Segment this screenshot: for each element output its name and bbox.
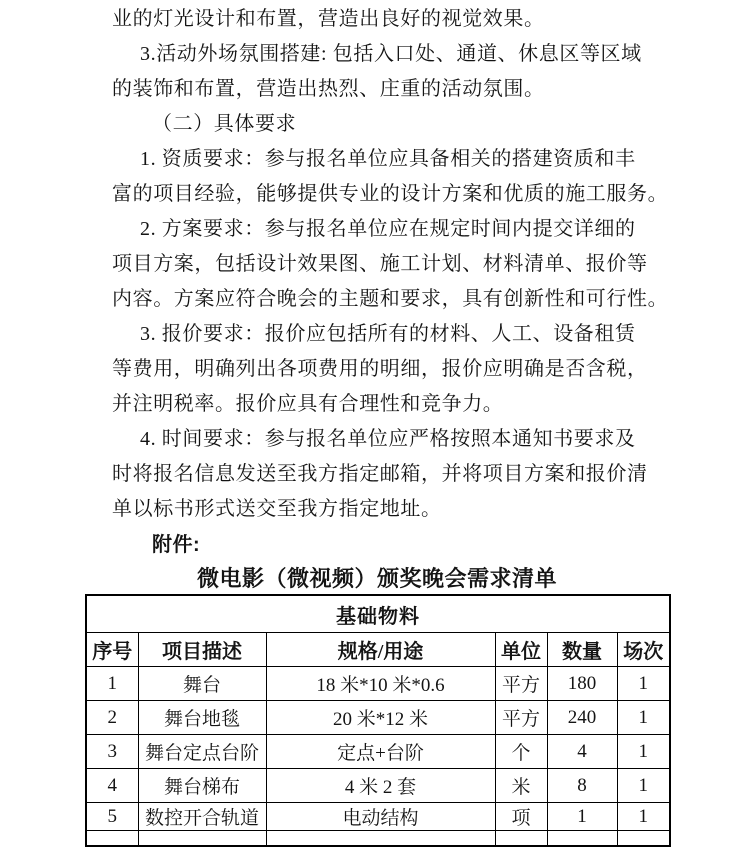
cell-qty: 1 <box>547 803 617 831</box>
column-header-item: 项目描述 <box>138 633 266 667</box>
table-title: 微电影（微视频）颁奖晚会需求清单 <box>112 564 642 596</box>
text-line: 1. 资质要求：参与报名单位应具备相关的搭建资质和丰 <box>112 142 642 177</box>
text-line: 2. 方案要求：参与报名单位应在规定时间内提交详细的 <box>112 212 642 247</box>
table-row: 1 舞台 18 米*10 米*0.6 平方 180 1 <box>86 667 670 701</box>
requirements-table: 基础物料 序号 项目描述 规格/用途 单位 数量 场次 1 舞台 18 米*10… <box>85 594 671 847</box>
cell-no: 5 <box>86 803 138 831</box>
table-row: 5 数控开合轨道 电动结构 项 1 1 <box>86 803 670 831</box>
cell-no: 3 <box>86 735 138 769</box>
cell-qty: 240 <box>547 701 617 735</box>
text-line: 富的项目经验，能够提供专业的设计方案和优质的施工服务。 <box>112 177 642 212</box>
text-line: 3.活动外场氛围搭建: 包括入口处、通道、休息区等区域 <box>112 37 642 72</box>
text-line: 的装饰和布置，营造出热烈、庄重的活动氛围。 <box>112 72 642 107</box>
cell-qty: 8 <box>547 769 617 803</box>
cell-unit: 米 <box>495 769 547 803</box>
cell-item: 数控开合轨道 <box>138 803 266 831</box>
attachment-label: 附件: <box>112 527 642 564</box>
cell-spec: 电动结构 <box>266 803 495 831</box>
cell-unit: 平方 <box>495 667 547 701</box>
cell-unit: 平方 <box>495 701 547 735</box>
cell-spec: 4 米 2 套 <box>266 769 495 803</box>
cell-spec: 20 米*12 米 <box>266 701 495 735</box>
cell-spec: 18 米*10 米*0.6 <box>266 667 495 701</box>
text-line: 并注明税率。报价应具有合理性和竞争力。 <box>112 387 642 422</box>
column-header-sessions: 场次 <box>617 633 670 667</box>
cell-sessions: 1 <box>617 803 670 831</box>
cell-sessions: 1 <box>617 701 670 735</box>
cell-sessions: 1 <box>617 735 670 769</box>
table-row: 3 舞台定点台阶 定点+台阶 个 4 1 <box>86 735 670 769</box>
table-section-header: 基础物料 <box>86 595 670 633</box>
cell-spec: 定点+台阶 <box>266 735 495 769</box>
text-line: 内容。方案应符合晚会的主题和要求，具有创新性和可行性。 <box>112 282 642 317</box>
cell-qty: 180 <box>547 667 617 701</box>
column-header-unit: 单位 <box>495 633 547 667</box>
table-row: 4 舞台梯布 4 米 2 套 米 8 1 <box>86 769 670 803</box>
text-line: 项目方案，包括设计效果图、施工计划、材料清单、报价等 <box>112 247 642 282</box>
column-header-no: 序号 <box>86 633 138 667</box>
text-line: 时将报名信息发送至我方指定邮箱，并将项目方案和报价清 <box>112 457 642 492</box>
table-header-row: 序号 项目描述 规格/用途 单位 数量 场次 <box>86 633 670 667</box>
cell-no: 2 <box>86 701 138 735</box>
cell-qty: 4 <box>547 735 617 769</box>
cell-unit: 个 <box>495 735 547 769</box>
cell-sessions: 1 <box>617 667 670 701</box>
cell-item: 舞台地毯 <box>138 701 266 735</box>
column-header-qty: 数量 <box>547 633 617 667</box>
body-text: 业的灯光设计和布置，营造出良好的视觉效果。 3.活动外场氛围搭建: 包括入口处、… <box>112 2 642 596</box>
cell-sessions: 1 <box>617 769 670 803</box>
cell-item: 舞台 <box>138 667 266 701</box>
table-section-row: 基础物料 <box>86 595 670 633</box>
column-header-spec: 规格/用途 <box>266 633 495 667</box>
text-line: 业的灯光设计和布置，营造出良好的视觉效果。 <box>112 2 642 37</box>
text-line: （二）具体要求 <box>112 107 642 142</box>
cell-no: 1 <box>86 667 138 701</box>
cell-item: 舞台梯布 <box>138 769 266 803</box>
cell-unit: 项 <box>495 803 547 831</box>
cell-no: 4 <box>86 769 138 803</box>
text-line: 3. 报价要求：报价应包括所有的材料、人工、设备租赁 <box>112 317 642 352</box>
table-row-clipped <box>86 831 670 847</box>
table-row: 2 舞台地毯 20 米*12 米 平方 240 1 <box>86 701 670 735</box>
text-line: 等费用，明确列出各项费用的明细，报价应明确是否含税， <box>112 352 642 387</box>
text-line: 单以标书形式送交至我方指定地址。 <box>112 492 642 527</box>
document-page: 业的灯光设计和布置，营造出良好的视觉效果。 3.活动外场氛围搭建: 包括入口处、… <box>0 0 749 849</box>
cell-item: 舞台定点台阶 <box>138 735 266 769</box>
text-line: 4. 时间要求：参与报名单位应严格按照本通知书要求及 <box>112 422 642 457</box>
